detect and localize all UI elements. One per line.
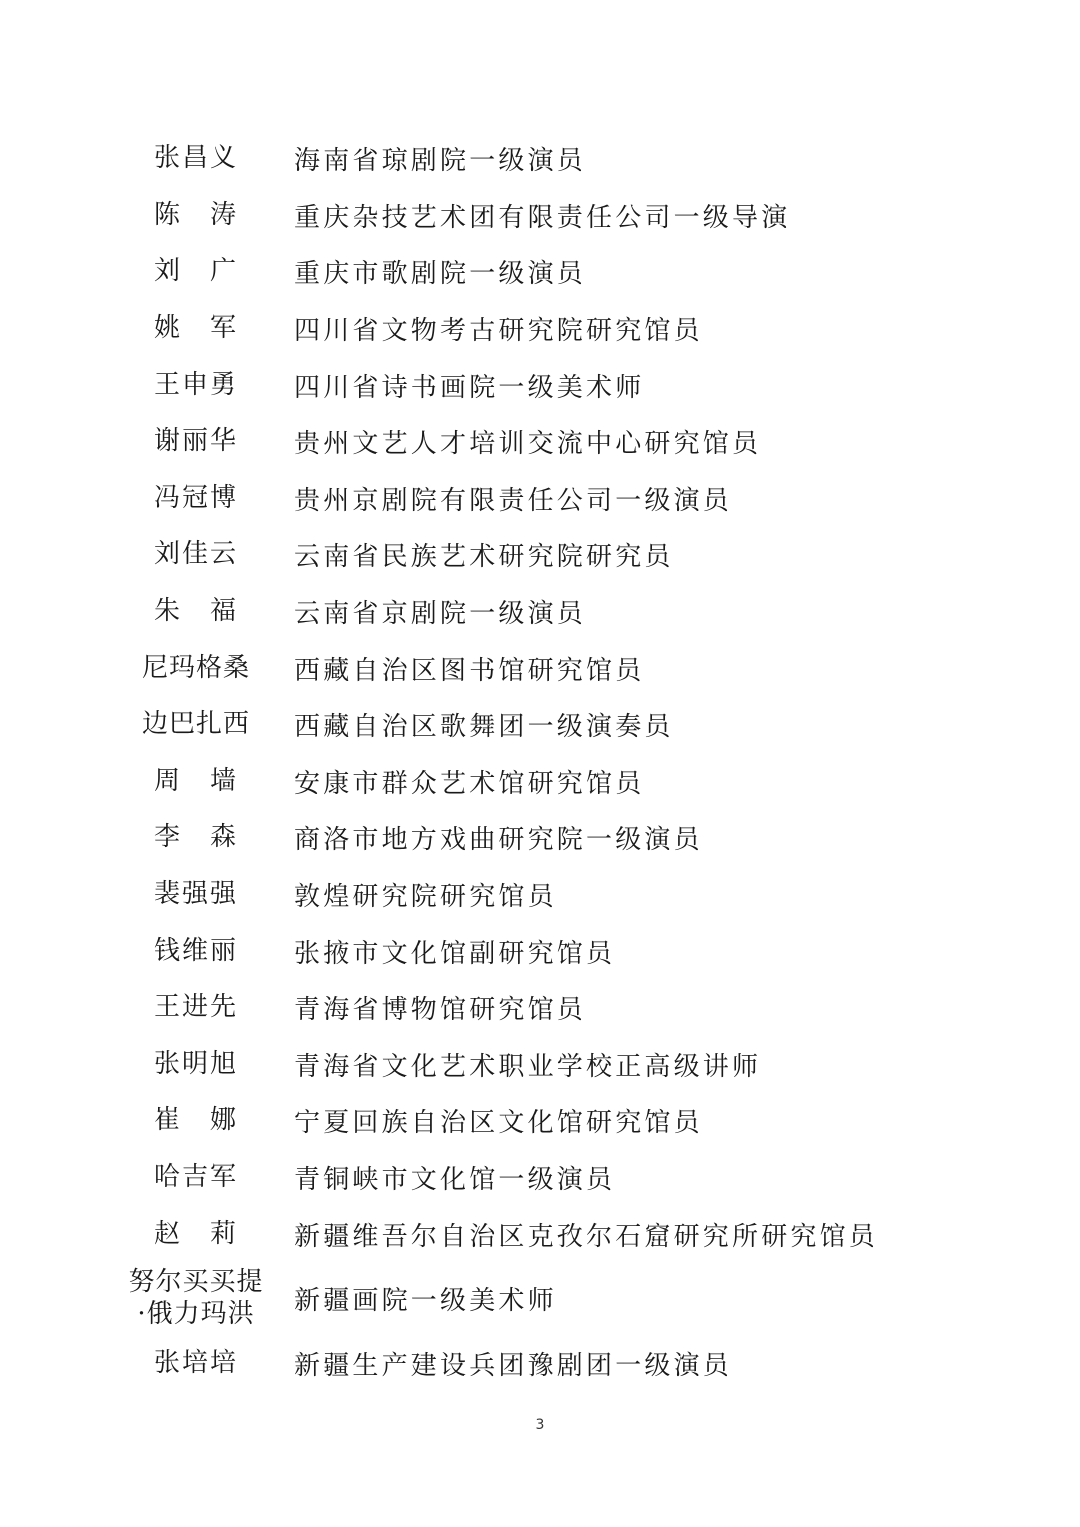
list-item: 崔 娜 宁夏回族自治区文化馆研究馆员 xyxy=(0,1092,1080,1148)
person-title: 云南省京剧院一级演员 xyxy=(294,583,586,639)
person-title: 四川省文物考古研究院研究馆员 xyxy=(294,300,703,356)
person-name: 李 森 xyxy=(125,809,267,865)
person-title: 贵州京剧院有限责任公司一级演员 xyxy=(294,470,732,526)
list-item: 王申勇 四川省诗书画院一级美术师 xyxy=(0,357,1080,413)
person-title: 青海省文化艺术职业学校正高级讲师 xyxy=(294,1036,761,1092)
list-item: 裴强强 敦煌研究院研究馆员 xyxy=(0,866,1080,922)
person-title: 西藏自治区歌舞团一级演奏员 xyxy=(294,696,674,752)
person-title: 海南省琼剧院一级演员 xyxy=(294,130,586,186)
person-title: 重庆市歌剧院一级演员 xyxy=(294,243,586,299)
document-page: 张昌义 海南省琼剧院一级演员 陈 涛 重庆杂技艺术团有限责任公司一级导演 刘 广… xyxy=(0,0,1080,1527)
person-title: 新疆画院一级美术师 xyxy=(294,1250,557,1346)
person-name: 边巴扎西 xyxy=(125,696,267,752)
person-title: 新疆生产建设兵团豫剧团一级演员 xyxy=(294,1335,732,1391)
list-item: 王进先 青海省博物馆研究馆员 xyxy=(0,979,1080,1035)
person-name: 张明旭 xyxy=(125,1036,267,1092)
list-item: 朱 福 云南省京剧院一级演员 xyxy=(0,583,1080,639)
person-name: 刘 广 xyxy=(125,243,267,299)
person-name: 周 墙 xyxy=(125,753,267,809)
person-title: 青海省博物馆研究馆员 xyxy=(294,979,586,1035)
person-title: 商洛市地方戏曲研究院一级演员 xyxy=(294,809,703,865)
list-item: 努尔买买提 ·俄力玛洪 新疆画院一级美术师 xyxy=(0,1250,1080,1346)
person-title: 云南省民族艺术研究院研究员 xyxy=(294,526,674,582)
person-name: 努尔买买提 ·俄力玛洪 xyxy=(125,1250,267,1346)
person-name-line-1: 努尔买买提 xyxy=(128,1266,263,1299)
list-item: 周 墙 安康市群众艺术馆研究馆员 xyxy=(0,753,1080,809)
person-name: 王进先 xyxy=(125,979,267,1035)
person-name: 张培培 xyxy=(125,1335,267,1391)
list-item: 刘佳云 云南省民族艺术研究院研究员 xyxy=(0,526,1080,582)
person-name: 张昌义 xyxy=(125,130,267,186)
person-name: 钱维丽 xyxy=(125,923,267,979)
list-item: 李 森 商洛市地方戏曲研究院一级演员 xyxy=(0,809,1080,865)
person-name: 王申勇 xyxy=(125,357,267,413)
list-item: 哈吉军 青铜峡市文化馆一级演员 xyxy=(0,1149,1080,1205)
person-name: 陈 涛 xyxy=(125,187,267,243)
person-title: 西藏自治区图书馆研究馆员 xyxy=(294,640,644,696)
list-item: 尼玛格桑 西藏自治区图书馆研究馆员 xyxy=(0,640,1080,696)
person-name-line-2: ·俄力玛洪 xyxy=(137,1298,254,1331)
page-number: 3 xyxy=(520,1417,560,1433)
person-name: 尼玛格桑 xyxy=(125,640,267,696)
person-title: 宁夏回族自治区文化馆研究馆员 xyxy=(294,1092,703,1148)
list-item: 钱维丽 张掖市文化馆副研究馆员 xyxy=(0,923,1080,979)
person-name: 冯冠博 xyxy=(125,470,267,526)
list-item: 谢丽华 贵州文艺人才培训交流中心研究馆员 xyxy=(0,413,1080,469)
person-name: 姚 军 xyxy=(125,300,267,356)
list-item: 冯冠博 贵州京剧院有限责任公司一级演员 xyxy=(0,470,1080,526)
person-name: 裴强强 xyxy=(125,866,267,922)
person-title: 敦煌研究院研究馆员 xyxy=(294,866,557,922)
person-name: 谢丽华 xyxy=(125,413,267,469)
list-item: 张明旭 青海省文化艺术职业学校正高级讲师 xyxy=(0,1036,1080,1092)
list-item: 张昌义 海南省琼剧院一级演员 xyxy=(0,130,1080,186)
list-item: 姚 军 四川省文物考古研究院研究馆员 xyxy=(0,300,1080,356)
person-title: 重庆杂技艺术团有限责任公司一级导演 xyxy=(294,187,790,243)
person-title: 安康市群众艺术馆研究馆员 xyxy=(294,753,644,809)
person-title: 贵州文艺人才培训交流中心研究馆员 xyxy=(294,413,761,469)
list-item: 刘 广 重庆市歌剧院一级演员 xyxy=(0,243,1080,299)
person-title: 张掖市文化馆副研究馆员 xyxy=(294,923,615,979)
person-name: 朱 福 xyxy=(125,583,267,639)
person-name: 哈吉军 xyxy=(125,1149,267,1205)
list-item: 张培培 新疆生产建设兵团豫剧团一级演员 xyxy=(0,1335,1080,1391)
list-item: 边巴扎西 西藏自治区歌舞团一级演奏员 xyxy=(0,696,1080,752)
person-name: 刘佳云 xyxy=(125,526,267,582)
person-title: 青铜峡市文化馆一级演员 xyxy=(294,1149,615,1205)
person-title: 四川省诗书画院一级美术师 xyxy=(294,357,644,413)
person-name: 崔 娜 xyxy=(125,1092,267,1148)
list-item: 陈 涛 重庆杂技艺术团有限责任公司一级导演 xyxy=(0,187,1080,243)
